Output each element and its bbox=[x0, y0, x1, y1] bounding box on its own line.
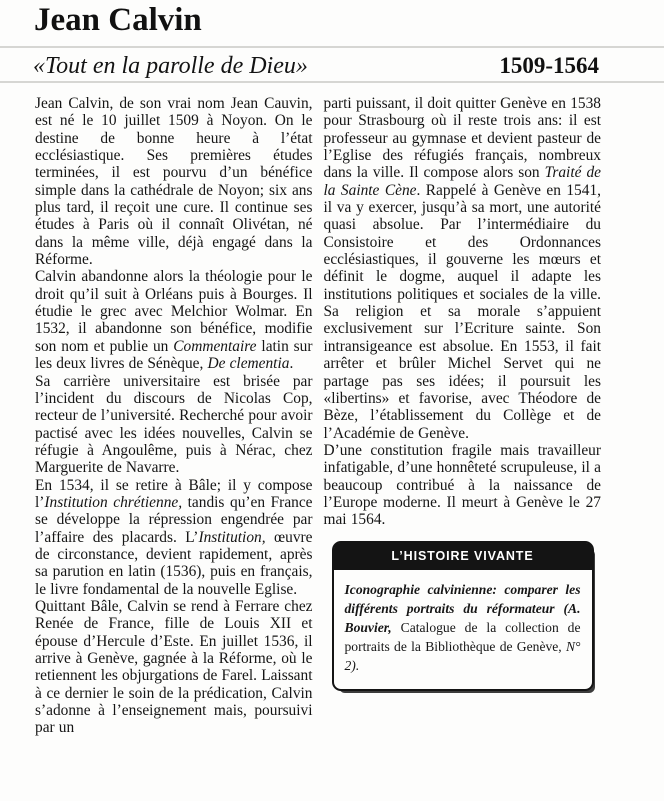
box-citation: Iconographie calvinienne: comparer les d… bbox=[334, 570, 592, 689]
column-left: Jean Calvin, de son vrai nom Jean Cauvin… bbox=[35, 95, 313, 737]
text-segment: Jean Calvin, de son vrai nom Jean Cauvin… bbox=[35, 95, 313, 268]
article-motto: «Tout en la parolle de Dieu» bbox=[33, 53, 308, 80]
emphasized-text: Institution chrétienne, bbox=[44, 494, 182, 511]
horizontal-rule-bottom bbox=[0, 81, 664, 83]
emphasized-text: Institution, bbox=[198, 529, 265, 546]
horizontal-rule-top bbox=[0, 46, 664, 48]
text-segment: Sa carrière universitaire est brisée par… bbox=[35, 373, 313, 477]
article-paragraph: En 1534, il se retire à Bâle; il y compo… bbox=[35, 477, 313, 598]
article-paragraph: parti puissant, il doit quitter Genève e… bbox=[324, 95, 602, 442]
article-paragraph: Calvin abandonne alors la théologie pour… bbox=[35, 268, 313, 372]
text-segment: . Rappelé à Genève en 1541, il va y exer… bbox=[324, 182, 602, 442]
article-paragraph: Quittant Bâle, Calvin se rend à Ferrare … bbox=[35, 598, 313, 737]
life-dates: 1509-1564 bbox=[499, 53, 599, 79]
histoire-vivante-box: L’HISTOIRE VIVANTE Iconographie calvinie… bbox=[332, 541, 594, 691]
emphasized-text: De clementia bbox=[208, 355, 290, 372]
subheader-row: «Tout en la parolle de Dieu» 1509-1564 bbox=[33, 53, 599, 80]
text-segment: . bbox=[289, 355, 293, 372]
encyclopedia-article-page: Jean Calvin «Tout en la parolle de Dieu»… bbox=[0, 0, 664, 801]
article-paragraph: D’une constitution fragile mais travaill… bbox=[324, 442, 602, 529]
article-paragraph: Sa carrière universitaire est brisée par… bbox=[35, 373, 313, 477]
box-header: L’HISTOIRE VIVANTE bbox=[334, 543, 592, 570]
article-body: Jean Calvin, de son vrai nom Jean Cauvin… bbox=[35, 95, 601, 737]
text-segment: D’une constitution fragile mais travaill… bbox=[324, 442, 602, 528]
column-right-text: parti puissant, il doit quitter Genève e… bbox=[324, 95, 602, 529]
column-right: parti puissant, il doit quitter Genève e… bbox=[324, 95, 602, 737]
article-paragraph: Jean Calvin, de son vrai nom Jean Cauvin… bbox=[35, 95, 313, 268]
emphasized-text: Commentaire bbox=[173, 338, 256, 355]
text-segment: Quittant Bâle, Calvin se rend à Ferrare … bbox=[35, 598, 313, 736]
page-title: Jean Calvin bbox=[34, 2, 202, 38]
